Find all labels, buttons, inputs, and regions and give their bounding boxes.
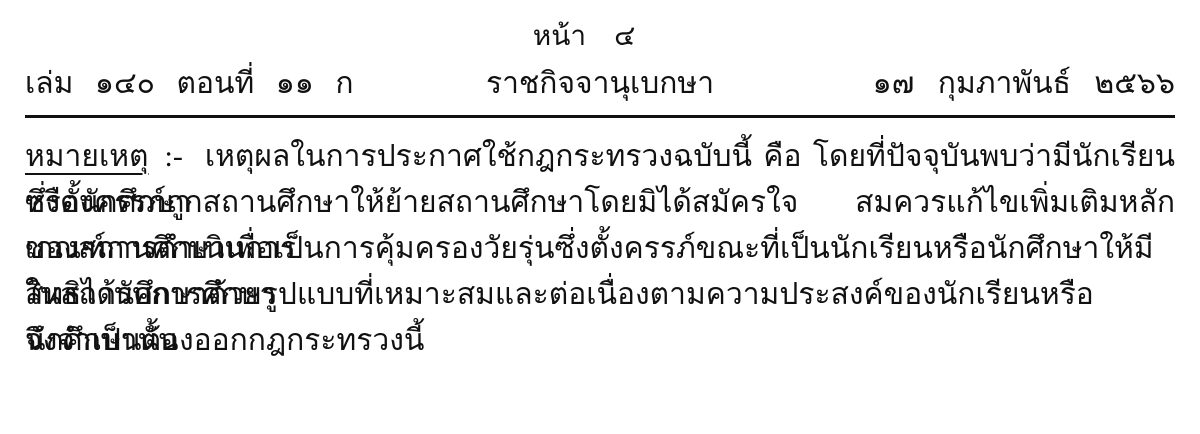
remark-line-4: ในสถานศึกษาด้วยรูปแบบที่เหมาะสมและต่อเนื… [25,272,1175,318]
remark-label: หมายเหตุ [25,140,149,173]
gazette-title: ราชกิจจานุเบกษา [486,62,714,106]
remark-line-1: หมายเหตุ:-เหตุผลในการประกาศใช้กฎกระทรวงฉ… [25,134,1175,180]
header-rule [25,115,1175,118]
remark-line-5: จึงจำเป็นต้องออกกฎกระทรวงนี้ [25,318,1175,364]
gazette-page: หน้า๔ เล่ม ๑๔๐ ตอนที่ ๑๑ ก ราชกิจจานุเบก… [0,0,1200,434]
remark-section: หมายเหตุ:-เหตุผลในการประกาศใช้กฎกระทรวงฉ… [25,134,1175,364]
page-indicator: หน้า๔ [9,18,1159,56]
remark-line-2: ซึ่งตั้งครรภ์ถูกสถานศึกษาให้ย้ายสถานศึกษ… [25,180,1175,226]
page-label: หน้า [533,21,586,52]
publication-date: ๑๗ กุมภาพันธ์ ๒๕๖๖ [873,62,1175,106]
remark-line-3: ของสถานศึกษาเพื่อเป็นการคุ้มครองวัยรุ่นซ… [25,226,1175,272]
header-meta-row: เล่ม ๑๔๐ ตอนที่ ๑๑ ก ราชกิจจานุเบกษา ๑๗ … [25,62,1175,106]
gazette-header: หน้า๔ เล่ม ๑๔๐ ตอนที่ ๑๑ ก ราชกิจจานุเบก… [25,18,1175,118]
page-number: ๔ [614,21,635,52]
volume-info: เล่ม ๑๔๐ ตอนที่ ๑๑ ก [25,62,354,106]
remark-separator: :- [165,140,183,173]
